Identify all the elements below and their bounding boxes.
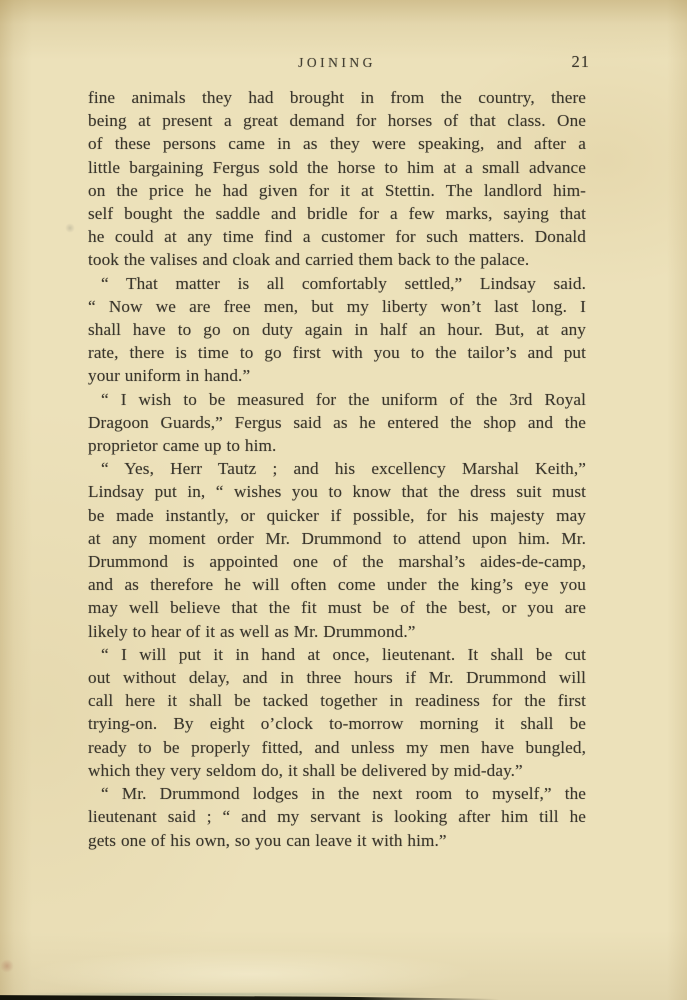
text-line: ready to be properly fitted, and unless …	[88, 736, 586, 759]
paragraph: “ Mr. Drummond lodges in the next room t…	[88, 782, 586, 852]
running-title: JOINING	[88, 55, 586, 71]
text-line: being at present a great demand for hors…	[88, 109, 586, 132]
text-line: of these persons came in as they were sp…	[88, 132, 586, 155]
text-line: “ Yes, Herr Tautz ; and his excellency M…	[88, 457, 586, 480]
text-line: “ That matter is all comfortably settled…	[88, 272, 586, 295]
text-line: gets one of his own, so you can leave it…	[88, 829, 586, 852]
page-body: fine animals they had brought in from th…	[88, 86, 586, 852]
text-line: little bargaining Fergus sold the horse …	[88, 156, 586, 179]
page-number: 21	[572, 52, 591, 72]
text-line: self bought the saddle and bridle for a …	[88, 202, 586, 225]
text-line: shall have to go on duty again in half a…	[88, 318, 586, 341]
text-line: took the valises and cloak and carried t…	[88, 248, 586, 271]
paragraph: fine animals they had brought in from th…	[88, 86, 586, 272]
book-page-scan: JOINING 21 fine animals they had brought…	[0, 0, 687, 1000]
text-line: may well believe that the fit must be of…	[88, 596, 586, 619]
text-line: call here it shall be tacked together in…	[88, 689, 586, 712]
text-line: Lindsay put in, “ wishes you to know tha…	[88, 480, 586, 503]
page-header: JOINING 21	[88, 52, 586, 74]
paragraph: “ I wish to be measured for the uniform …	[88, 388, 586, 458]
text-line: likely to hear of it as well as Mr. Drum…	[88, 620, 586, 643]
text-line: fine animals they had brought in from th…	[88, 86, 586, 109]
text-line: at any moment order Mr. Drummond to atte…	[88, 527, 586, 550]
text-line: “ Now we are free men, but my liberty wo…	[88, 295, 586, 318]
paragraph: “ I will put it in hand at once, lieuten…	[88, 643, 586, 782]
text-line: Dragoon Guards,” Fergus said as he enter…	[88, 411, 586, 434]
text-line: lieutenant said ; “ and my servant is lo…	[88, 805, 586, 828]
text-line: “ Mr. Drummond lodges in the next room t…	[88, 782, 586, 805]
text-line: and as therefore he will often come unde…	[88, 573, 586, 596]
text-line: which they very seldom do, it shall be d…	[88, 759, 586, 782]
text-line: trying-on. By eight o’clock to-morrow mo…	[88, 712, 586, 735]
text-line: on the price he had given for it at Stet…	[88, 179, 586, 202]
text-line: he could at any time find a customer for…	[88, 225, 586, 248]
text-line: rate, there is time to go first with you…	[88, 341, 586, 364]
text-line: “ I wish to be measured for the uniform …	[88, 388, 586, 411]
text-line: your uniform in hand.”	[88, 364, 586, 387]
paragraph: “ That matter is all comfortably settled…	[88, 272, 586, 388]
text-line: out without delay, and in three hours if…	[88, 666, 586, 689]
text-line: proprietor came up to him.	[88, 434, 586, 457]
text-line: “ I will put it in hand at once, lieuten…	[88, 643, 586, 666]
text-line: be made instantly, or quicker if possibl…	[88, 504, 586, 527]
text-line: Drummond is appointed one of the marshal…	[88, 550, 586, 573]
paragraph: “ Yes, Herr Tautz ; and his excellency M…	[88, 457, 586, 643]
